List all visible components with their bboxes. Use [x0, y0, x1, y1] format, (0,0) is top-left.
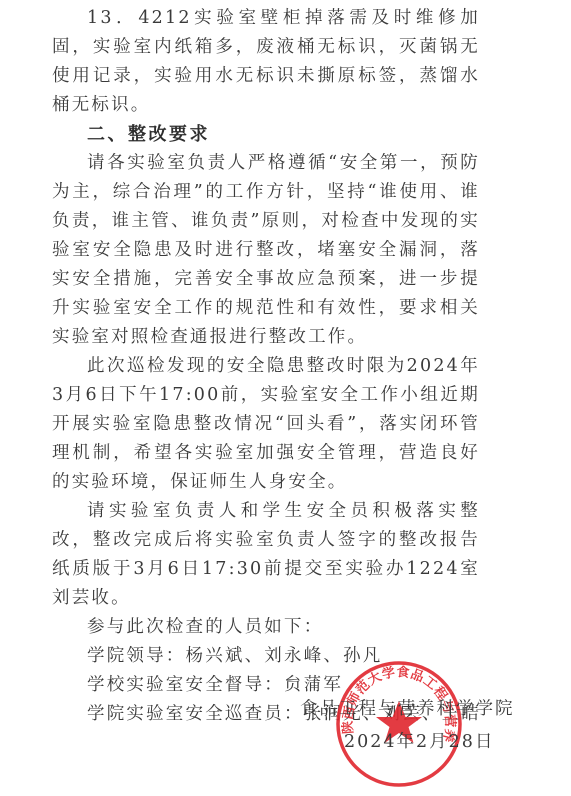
section-heading-rectification-requirements: 二、整改要求	[52, 120, 480, 149]
signature-date: 2024年2月28日	[300, 727, 530, 757]
participants-intro: 参与此次检查的人员如下：	[52, 613, 480, 642]
paragraph-submission: 请实验室负责人和学生安全员积极落实整改，整改完成后将实验室负责人签字的整改报告纸…	[52, 497, 480, 613]
signature-block: 食品工程与营养科学学院 2024年2月28日	[300, 694, 530, 757]
document-body: 13．4212实验室壁柜掉落需及时维修加固，实验室内纸箱多，废液桶无标识，灭菌锅…	[52, 4, 480, 729]
paragraph-deadline: 此次巡检发现的安全隐患整改时限为2024年3月6日下午17:00前，实验室安全工…	[52, 352, 480, 497]
issue-item-13: 13．4212实验室壁柜掉落需及时维修加固，实验室内纸箱多，废液桶无标识，灭菌锅…	[52, 4, 480, 120]
signature-organization: 食品工程与营养科学学院	[300, 694, 530, 724]
paragraph-requirements: 请各实验室负责人严格遵循“安全第一，预防为主，综合治理”的工作方针，坚持“谁使用…	[52, 149, 480, 352]
